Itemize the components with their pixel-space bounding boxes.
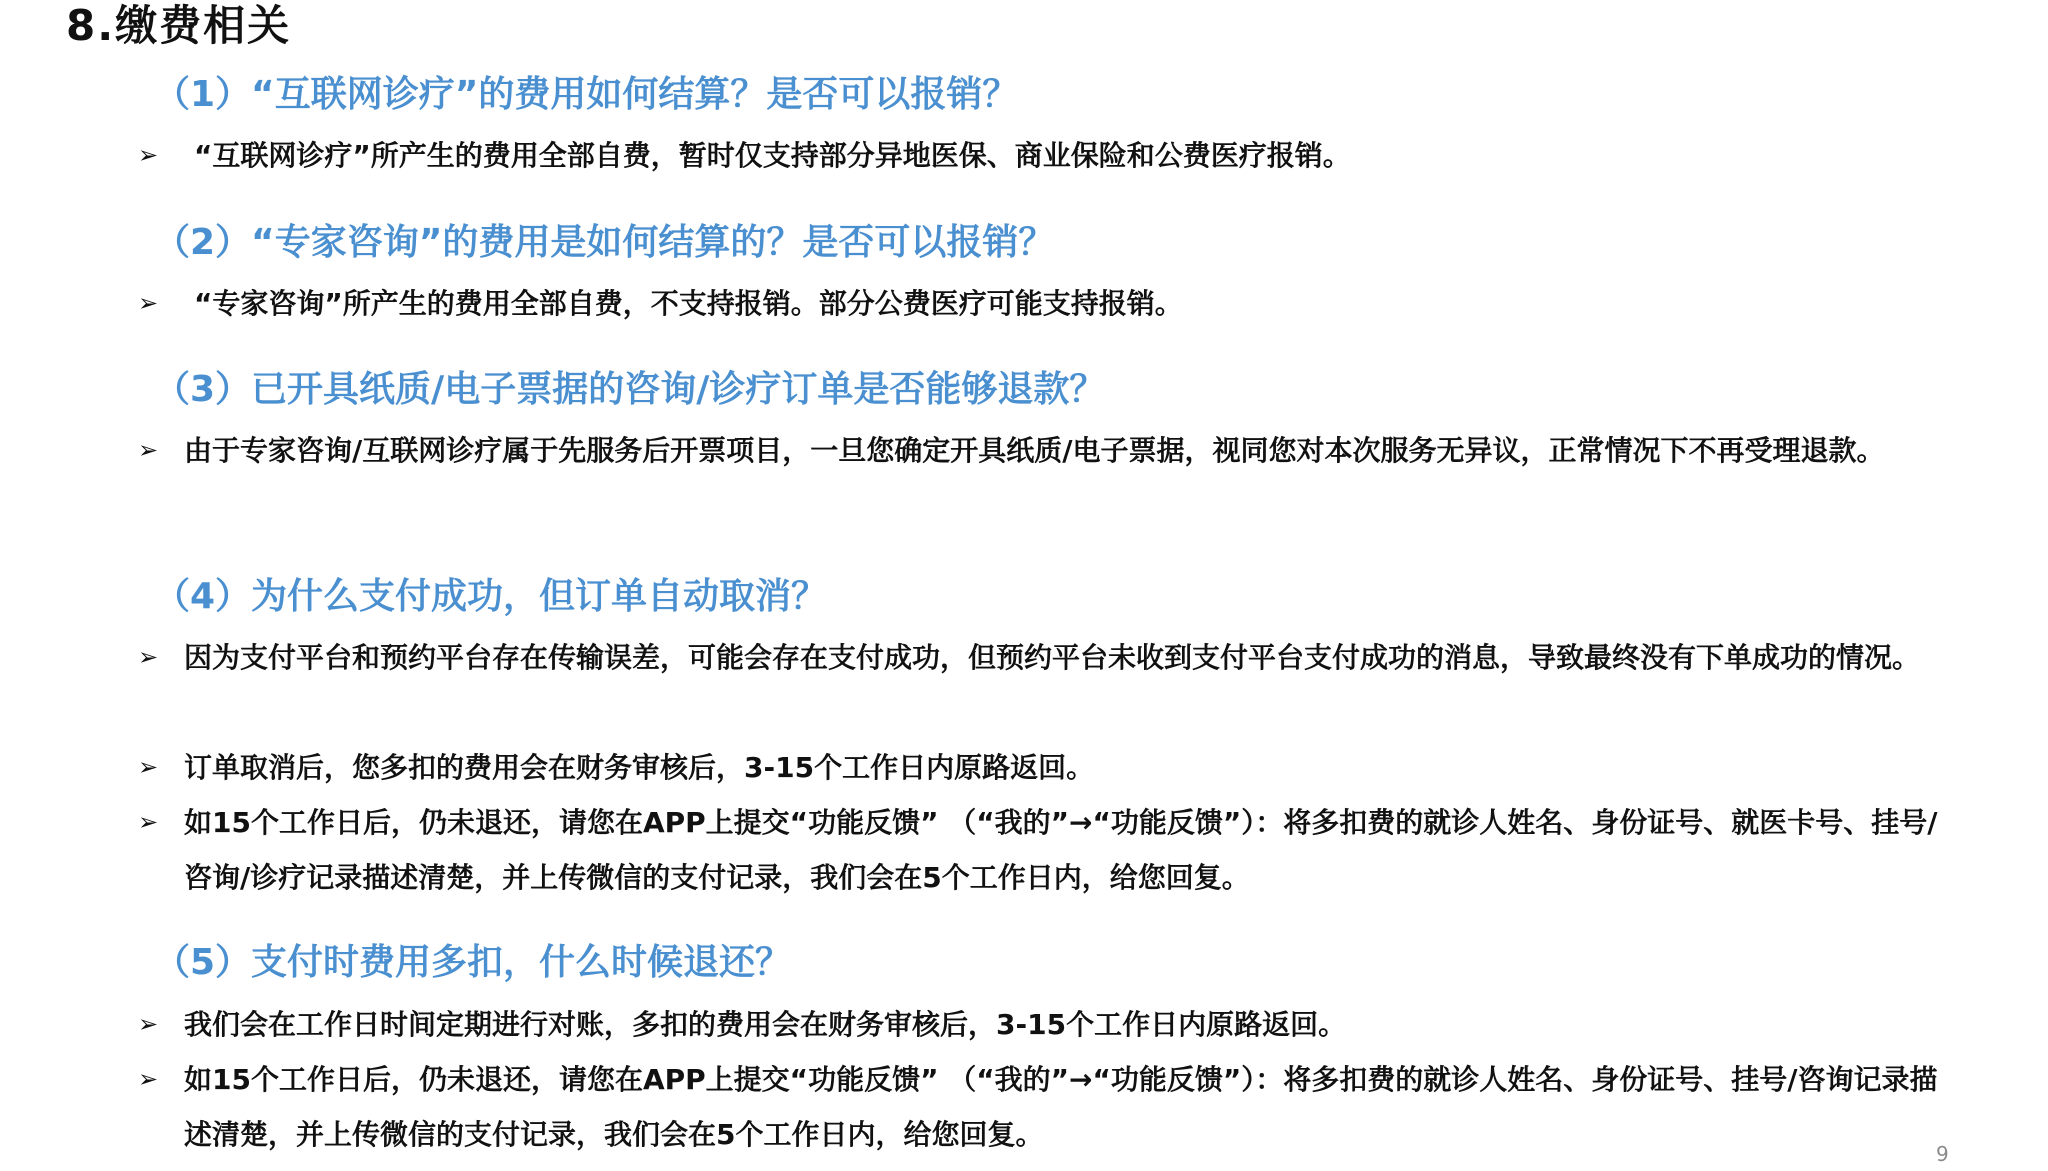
arrow-bullet-icon: ➢ bbox=[138, 740, 178, 795]
list-item: ➢ 如15个工作日后，仍未退还，请您在APP上提交“功能反馈” （“我的”→“功… bbox=[138, 1052, 1938, 1162]
item-text: 我们会在工作日时间定期进行对账，多扣的费用会在财务审核后，3-15个工作日内原路… bbox=[184, 997, 1938, 1052]
list-item: ➢ 因为支付平台和预约平台存在传输误差，可能会存在支付成功，但预约平台未收到支付… bbox=[138, 630, 1938, 685]
section-heading-2: （2）“专家咨询”的费用是如何结算的？是否可以报销？ bbox=[154, 220, 1054, 266]
item-text: 由于专家咨询/互联网诊疗属于先服务后开票项目，一旦您确定开具纸质/电子票据，视同… bbox=[184, 423, 1938, 478]
arrow-bullet-icon: ➢ bbox=[138, 128, 178, 183]
arrow-bullet-icon: ➢ bbox=[138, 423, 178, 478]
list-item: ➢ 由于专家咨询/互联网诊疗属于先服务后开票项目，一旦您确定开具纸质/电子票据，… bbox=[138, 423, 1938, 478]
item-text: 如15个工作日后，仍未退还，请您在APP上提交“功能反馈” （“我的”→“功能反… bbox=[184, 795, 1938, 905]
arrow-bullet-icon: ➢ bbox=[138, 1052, 178, 1107]
list-item: ➢ 我们会在工作日时间定期进行对账，多扣的费用会在财务审核后，3-15个工作日内… bbox=[138, 997, 1938, 1052]
item-text: 如15个工作日后，仍未退还，请您在APP上提交“功能反馈” （“我的”→“功能反… bbox=[184, 1052, 1938, 1162]
page-number: 9 bbox=[1936, 1142, 1949, 1166]
section-heading-1: （1）“互联网诊疗”的费用如何结算？是否可以报销？ bbox=[154, 72, 1018, 118]
page-title: 8.缴费相关 bbox=[66, 0, 291, 52]
section-heading-3: （3）已开具纸质/电子票据的咨询/诊疗订单是否能够退款？ bbox=[154, 367, 1105, 413]
arrow-bullet-icon: ➢ bbox=[138, 997, 178, 1052]
arrow-bullet-icon: ➢ bbox=[138, 630, 178, 685]
item-text: 因为支付平台和预约平台存在传输误差，可能会存在支付成功，但预约平台未收到支付平台… bbox=[184, 630, 1938, 685]
list-item: ➢ “互联网诊疗”所产生的费用全部自费，暂时仅支持部分异地医保、商业保险和公费医… bbox=[138, 128, 1938, 183]
section-heading-5: （5）支付时费用多扣，什么时候退还？ bbox=[154, 940, 791, 986]
arrow-bullet-icon: ➢ bbox=[138, 795, 178, 850]
item-text: “互联网诊疗”所产生的费用全部自费，暂时仅支持部分异地医保、商业保险和公费医疗报… bbox=[194, 128, 1938, 183]
list-item: ➢ 如15个工作日后，仍未退还，请您在APP上提交“功能反馈” （“我的”→“功… bbox=[138, 795, 1938, 905]
arrow-bullet-icon: ➢ bbox=[138, 276, 178, 331]
list-item: ➢ “专家咨询”所产生的费用全部自费，不支持报销。部分公费医疗可能支持报销。 bbox=[138, 276, 1938, 331]
list-item: ➢ 订单取消后，您多扣的费用会在财务审核后，3-15个工作日内原路返回。 bbox=[138, 740, 1938, 795]
item-text: 订单取消后，您多扣的费用会在财务审核后，3-15个工作日内原路返回。 bbox=[184, 740, 1938, 795]
section-heading-4: （4）为什么支付成功，但订单自动取消？ bbox=[154, 574, 827, 620]
item-text: “专家咨询”所产生的费用全部自费，不支持报销。部分公费医疗可能支持报销。 bbox=[194, 276, 1938, 331]
